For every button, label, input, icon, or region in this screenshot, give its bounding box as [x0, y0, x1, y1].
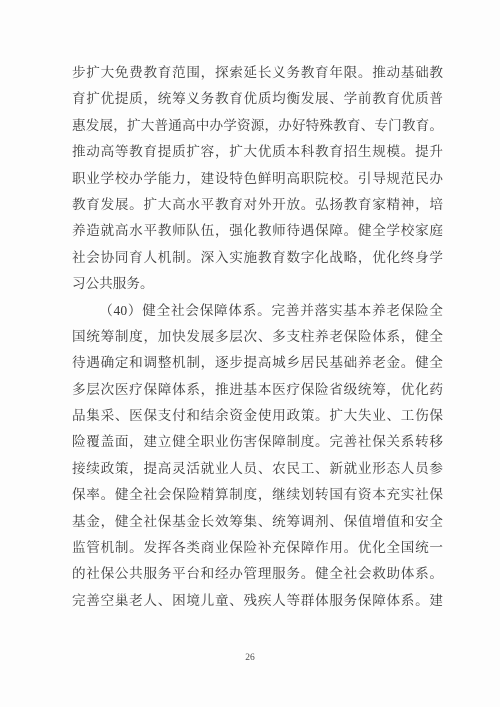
text-line: 惠发展，扩大普通高中办学资源，办好特殊教育、专门教育。	[72, 113, 443, 139]
text-line: 品集采、医保支付和结余资金使用政策。扩大失业、工伤保	[72, 403, 443, 429]
text-line: 国统筹制度，加快发展多层次、多支柱养老保险体系，健全	[72, 324, 443, 350]
text-line: 待遇确定和调整机制，逐步提高城乡居民基础养老金。健全	[72, 350, 443, 376]
text-line: 接续政策，提高灵活就业人员、农民工、新就业形态人员参	[72, 456, 443, 482]
text-line: 教育发展。扩大高水平教育对外开放。弘扬教育家精神，培	[72, 192, 443, 218]
document-page: 步扩大免费教育范围，探索延长义务教育年限。推动基础教 育扩优提质，统筹义务教育优…	[0, 0, 500, 707]
text-line: 保率。健全社会保险精算制度，继续划转国有资本充实社保	[72, 482, 443, 508]
text-line: （40）健全社会保障体系。完善并落实基本养老保险全	[72, 298, 443, 324]
text-line: 监管机制。发挥各类商业保险补充保障作用。优化全国统一	[72, 535, 443, 561]
text-line: 步扩大免费教育范围，探索延长义务教育年限。推动基础教	[72, 60, 443, 86]
text-line: 习公共服务。	[72, 271, 443, 297]
text-line: 社会协同育人机制。深入实施教育数字化战略，优化终身学	[72, 245, 443, 271]
text-line: 基金，健全社保基金长效筹集、统筹调剂、保值增值和安全	[72, 509, 443, 535]
paragraph-education: 步扩大免费教育范围，探索延长义务教育年限。推动基础教 育扩优提质，统筹义务教育优…	[72, 60, 443, 298]
paragraph-social-security: （40）健全社会保障体系。完善并落实基本养老保险全 国统筹制度，加快发展多层次、…	[72, 298, 443, 615]
text-line: 完善空巢老人、困境儿童、残疾人等群体服务保障体系。建	[72, 588, 443, 614]
text-line: 多层次医疗保障体系，推进基本医疗保险省级统筹，优化药	[72, 377, 443, 403]
text-line: 职业学校办学能力，建设特色鲜明高职院校。引导规范民办	[72, 166, 443, 192]
text-line: 养造就高水平教师队伍，强化教师待遇保障。健全学校家庭	[72, 218, 443, 244]
text-line: 险覆盖面，建立健全职业伤害保障制度。完善社保关系转移	[72, 429, 443, 455]
page-number: 26	[0, 652, 500, 664]
text-line: 推动高等教育提质扩容，扩大优质本科教育招生规模。提升	[72, 139, 443, 165]
text-line: 的社保公共服务平台和经办管理服务。健全社会救助体系。	[72, 561, 443, 587]
text-block: 步扩大免费教育范围，探索延长义务教育年限。推动基础教 育扩优提质，统筹义务教育优…	[72, 60, 443, 614]
text-line: 育扩优提质，统筹义务教育优质均衡发展、学前教育优质普	[72, 86, 443, 112]
